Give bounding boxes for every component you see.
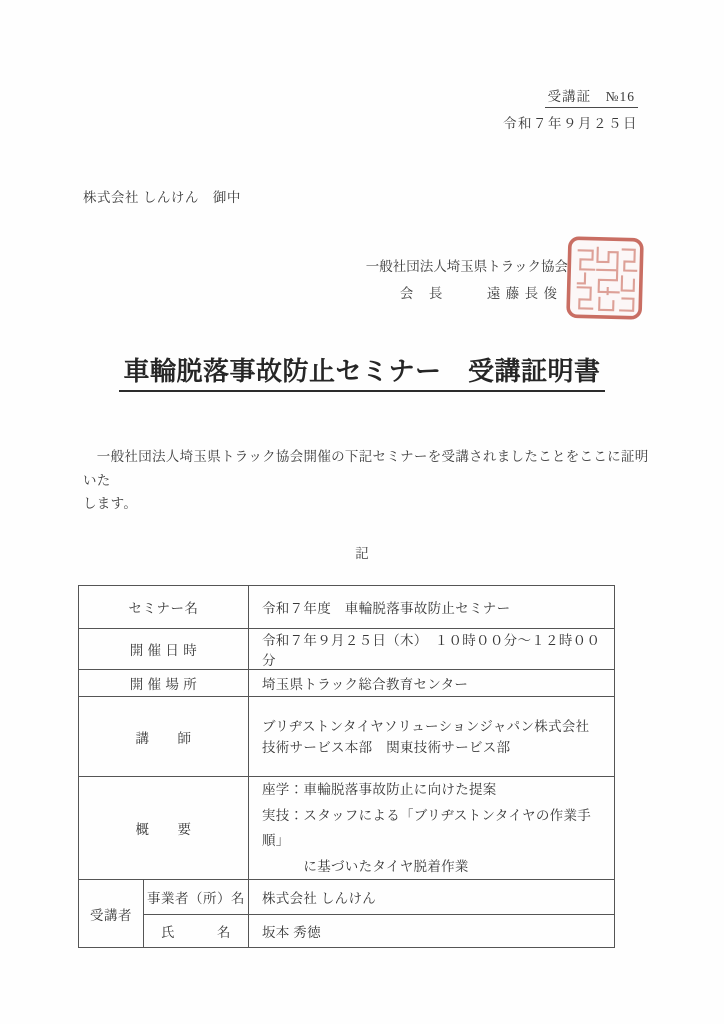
row-instructor: 講 師 ブリヂストンタイヤソリューションジャパン株式会社 技術サービス本部 関東… xyxy=(79,697,615,777)
value-overview: 座学：車輪脱落事故防止に向けた提案 実技：スタッフによる「ブリヂストンタイヤの作… xyxy=(249,777,615,880)
seminar-details-table: セミナー名 令和７年度 車輪脱落事故防止セミナー 開 催 日 時 令和７年９月２… xyxy=(78,585,615,948)
label-attendee-name: 氏 名 xyxy=(144,915,249,948)
value-attendee-name: 坂本 秀徳 xyxy=(249,915,615,948)
row-venue: 開 催 場 所 埼玉県トラック総合教育センター xyxy=(79,670,615,697)
label-attendee-group: 受講者 xyxy=(79,880,144,948)
label-overview: 概 要 xyxy=(79,777,249,880)
row-date-time: 開 催 日 時 令和７年９月２５日（木） １０時００分～１２時００分 xyxy=(79,629,615,670)
certificate-number: 受講証 №16 xyxy=(545,85,638,108)
row-business-name: 受講者 事業者（所）名 株式会社 しんけん xyxy=(79,880,615,915)
row-attendee-name: 氏 名 坂本 秀徳 xyxy=(79,915,615,948)
value-venue: 埼玉県トラック総合教育センター xyxy=(249,670,615,697)
issuer-block: 一般社団法人埼玉県トラック協会 会 長 遠 藤 長 俊 xyxy=(366,253,568,307)
label-business-name: 事業者（所）名 xyxy=(144,880,249,915)
addressee: 株式会社 しんけん 御中 xyxy=(83,186,241,206)
value-instructor: ブリヂストンタイヤソリューションジャパン株式会社 技術サービス本部 関東技術サー… xyxy=(249,697,615,777)
label-instructor: 講 師 xyxy=(79,697,249,777)
notation-ki: 記 xyxy=(0,542,724,562)
value-seminar-name: 令和７年度 車輪脱落事故防止セミナー xyxy=(249,586,615,629)
certificate-page: 受講証 №16 令和７年９月２５日 株式会社 しんけん 御中 一般社団法人埼玉県… xyxy=(0,0,724,1024)
official-seal-stamp-icon xyxy=(566,236,644,320)
issue-date: 令和７年９月２５日 xyxy=(503,112,638,132)
row-overview: 概 要 座学：車輪脱落事故防止に向けた提案 実技：スタッフによる「ブリヂストンタ… xyxy=(79,777,615,880)
value-business-name: 株式会社 しんけん xyxy=(249,880,615,915)
document-title: 車輪脱落事故防止セミナー 受講証明書 xyxy=(0,351,724,388)
label-seminar-name: セミナー名 xyxy=(79,586,249,629)
label-date-time: 開 催 日 時 xyxy=(79,629,249,670)
row-seminar-name: セミナー名 令和７年度 車輪脱落事故防止セミナー xyxy=(79,586,615,629)
label-venue: 開 催 場 所 xyxy=(79,670,249,697)
issuer-organization: 一般社団法人埼玉県トラック協会 xyxy=(366,253,568,280)
body-paragraph: 一般社団法人埼玉県トラック協会開催の下記セミナーを受講されましたことをここに証明… xyxy=(83,445,649,516)
issuer-president: 会 長 遠 藤 長 俊 xyxy=(366,280,568,307)
value-date-time: 令和７年９月２５日（木） １０時００分～１２時００分 xyxy=(249,629,615,670)
